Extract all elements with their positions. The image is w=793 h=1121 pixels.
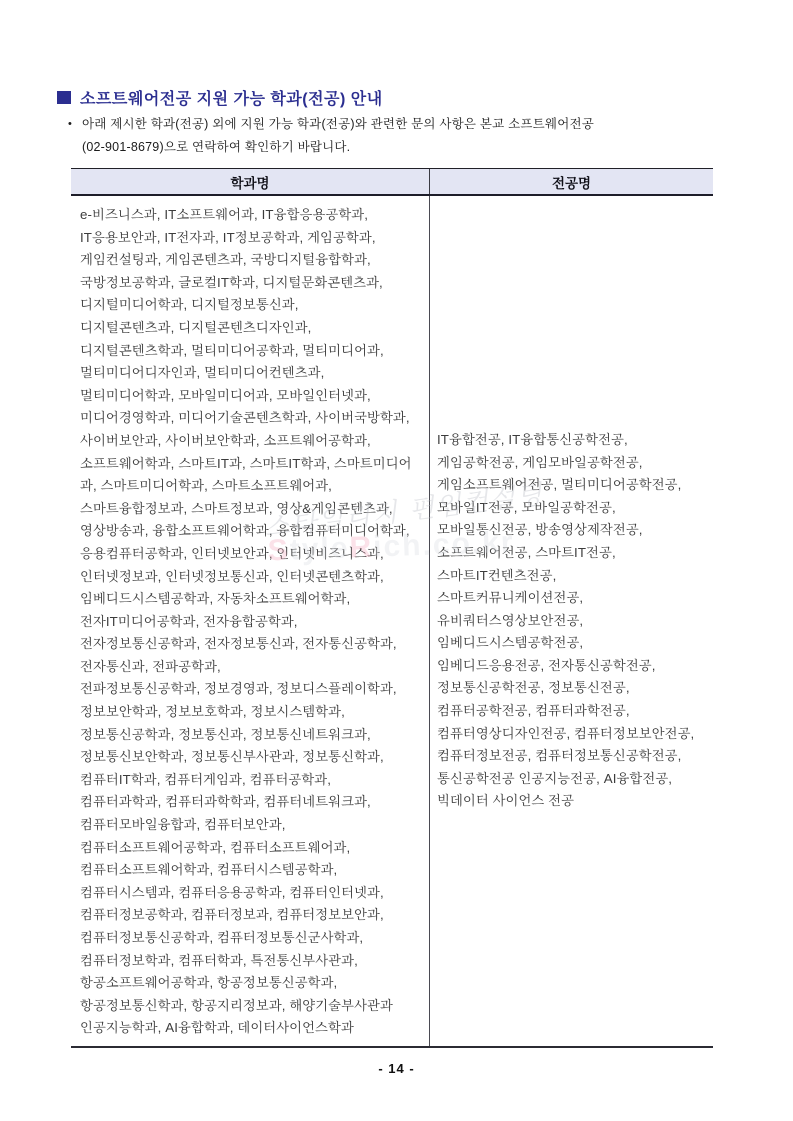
department-major-table: 학과명 전공명 e-비즈니스과, IT소프트웨어과, IT융합응용공학과,IT응… — [71, 168, 713, 1048]
department-line: 컴퓨터모바일융합과, 컴퓨터보안과, — [80, 814, 425, 837]
department-line: 전파정보통신공학과, 정보경영과, 정보디스플레이학과, — [80, 678, 425, 701]
department-line: 정보통신공학과, 정보통신과, 정보통신네트워크과, — [80, 724, 425, 747]
department-line: 전자통신과, 전파공학과, — [80, 656, 425, 679]
department-line: 과, 스마트미디어학과, 스마트소프트웨어과, — [80, 475, 425, 498]
section-bullet-icon — [57, 91, 71, 104]
department-line: 국방정보공학과, 글로컬IT학과, 디지털문화콘텐츠과, — [80, 272, 425, 295]
department-line: 컴퓨터IT학과, 컴퓨터게임과, 컴퓨터공학과, — [80, 769, 425, 792]
department-line: 소프트웨어학과, 스마트IT과, 스마트IT학과, 스마트미디어 — [80, 453, 425, 476]
page-title: 소프트웨어전공 지원 가능 학과(전공) 안내 — [80, 86, 383, 109]
department-line: 전자IT미디어공학과, 전자융합공학과, — [80, 611, 425, 634]
major-line: IT융합전공, IT융합통신공학전공, — [437, 429, 709, 452]
major-line: 스마트커뮤니케이션전공, — [437, 587, 709, 610]
notice-line-1: • 아래 제시한 학과(전공) 외에 지원 가능 학과(전공)와 관련한 문의 … — [68, 113, 728, 136]
department-line: 전자정보통신공학과, 전자정보통신과, 전자통신공학과, — [80, 633, 425, 656]
department-line: e-비즈니스과, IT소프트웨어과, IT융합응용공학과, — [80, 204, 425, 227]
major-line: 스마트IT컨텐츠전공, — [437, 565, 709, 588]
notice-line-2: (02-901-8679)으로 연락하여 확인하기 바랍니다. — [68, 136, 728, 159]
major-line: 컴퓨터영상디자인전공, 컴퓨터정보보안전공, — [437, 723, 709, 746]
table-body-row: e-비즈니스과, IT소프트웨어과, IT융합응용공학과,IT응용보안과, IT… — [71, 196, 713, 1048]
department-line: 스마트융합정보과, 스마트정보과, 영상&게임콘텐츠과, — [80, 498, 425, 521]
department-line: 임베디드시스템공학과, 자동차소프트웨어학과, — [80, 588, 425, 611]
major-line: 통신공학전공 인공지능전공, AI융합전공, — [437, 768, 709, 791]
major-line: 모바일IT전공, 모바일공학전공, — [437, 497, 709, 520]
department-line: IT응용보안과, IT전자과, IT정보공학과, 게임공학과, — [80, 227, 425, 250]
major-line: 유비쿼터스영상보안전공, — [437, 610, 709, 633]
major-list-cell: IT융합전공, IT융합통신공학전공,게임공학전공, 게임모바일공학전공,게임소… — [430, 196, 713, 1046]
major-line: 소프트웨어전공, 스마트IT전공, — [437, 542, 709, 565]
department-line: 디지털콘텐츠과, 디지털콘텐츠디자인과, — [80, 317, 425, 340]
department-list-cell: e-비즈니스과, IT소프트웨어과, IT융합응용공학과,IT응용보안과, IT… — [71, 196, 430, 1046]
major-line: 임베디드응용전공, 전자통신공학전공, — [437, 655, 709, 678]
department-line: 영상방송과, 융합소프트웨어학과, 융합컴퓨터미디어학과, — [80, 520, 425, 543]
department-line: 컴퓨터소프트웨어학과, 컴퓨터시스템공학과, — [80, 859, 425, 882]
notice-text-2: (02-901-8679)으로 연락하여 확인하기 바랍니다. — [82, 140, 350, 154]
table-header-major: 전공명 — [430, 169, 713, 194]
major-line: 빅데이터 사이언스 전공 — [437, 790, 709, 813]
notice-text-1: 아래 제시한 학과(전공) 외에 지원 가능 학과(전공)와 관련한 문의 사항… — [82, 113, 594, 136]
table-header-row: 학과명 전공명 — [71, 168, 713, 196]
bullet-icon: • — [68, 113, 82, 136]
department-line: 게임컨설팅과, 게임콘텐츠과, 국방디지털융합학과, — [80, 249, 425, 272]
department-line: 미디어경영학과, 미디어기술콘텐츠학과, 사이버국방학과, — [80, 407, 425, 430]
section-title: 소프트웨어전공 지원 가능 학과(전공) 안내 — [57, 86, 383, 109]
department-line: 인공지능학과, AI융합학과, 데이터사이언스학과 — [80, 1017, 425, 1040]
department-line: 컴퓨터정보통신공학과, 컴퓨터정보통신군사학과, — [80, 927, 425, 950]
department-line: 컴퓨터과학과, 컴퓨터과학학과, 컴퓨터네트워크과, — [80, 791, 425, 814]
major-line: 게임공학전공, 게임모바일공학전공, — [437, 452, 709, 475]
major-line: 임베디드시스템공학전공, — [437, 632, 709, 655]
major-line: 정보통신공학전공, 정보통신전공, — [437, 677, 709, 700]
major-line: 게임소프트웨어전공, 멀티미디어공학전공, — [437, 474, 709, 497]
notice-paragraph: • 아래 제시한 학과(전공) 외에 지원 가능 학과(전공)와 관련한 문의 … — [68, 113, 728, 159]
department-line: 정보통신보안학과, 정보통신부사관과, 정보통신학과, — [80, 746, 425, 769]
department-line: 컴퓨터소프트웨어공학과, 컴퓨터소프트웨어과, — [80, 837, 425, 860]
page-number: - 14 - — [0, 1061, 793, 1076]
department-line: 사이버보안과, 사이버보안학과, 소프트웨어공학과, — [80, 430, 425, 453]
department-line: 인터넷정보과, 인터넷정보통신과, 인터넷콘텐츠학과, — [80, 566, 425, 589]
department-line: 컴퓨터정보학과, 컴퓨터학과, 특전통신부사관과, — [80, 950, 425, 973]
department-line: 컴퓨터정보공학과, 컴퓨터정보과, 컴퓨터정보보안과, — [80, 904, 425, 927]
department-line: 디지털콘텐츠학과, 멀티미디어공학과, 멀티미디어과, — [80, 340, 425, 363]
department-line: 멀티미디어학과, 모바일미디어과, 모바일인터넷과, — [80, 385, 425, 408]
department-line: 디지털미디어학과, 디지털정보통신과, — [80, 294, 425, 317]
major-line: 모바일통신전공, 방송영상제작전공, — [437, 519, 709, 542]
major-line: 컴퓨터공학전공, 컴퓨터과학전공, — [437, 700, 709, 723]
department-line: 정보보안학과, 정보보호학과, 정보시스템학과, — [80, 701, 425, 724]
document-page: 소프트웨어전공 지원 가능 학과(전공) 안내 • 아래 제시한 학과(전공) … — [0, 0, 793, 1121]
table-header-department: 학과명 — [71, 169, 430, 194]
department-line: 항공정보통신학과, 항공지리정보과, 해양기술부사관과 — [80, 995, 425, 1018]
department-line: 항공소프트웨어공학과, 항공정보통신공학과, — [80, 972, 425, 995]
major-line: 컴퓨터정보전공, 컴퓨터정보통신공학전공, — [437, 745, 709, 768]
department-line: 멀티미디어디자인과, 멀티미디어컨텐츠과, — [80, 362, 425, 385]
department-line: 응용컴퓨터공학과, 인터넷보안과, 인터넷비즈니스과, — [80, 543, 425, 566]
department-line: 컴퓨터시스템과, 컴퓨터응용공학과, 컴퓨터인터넷과, — [80, 882, 425, 905]
